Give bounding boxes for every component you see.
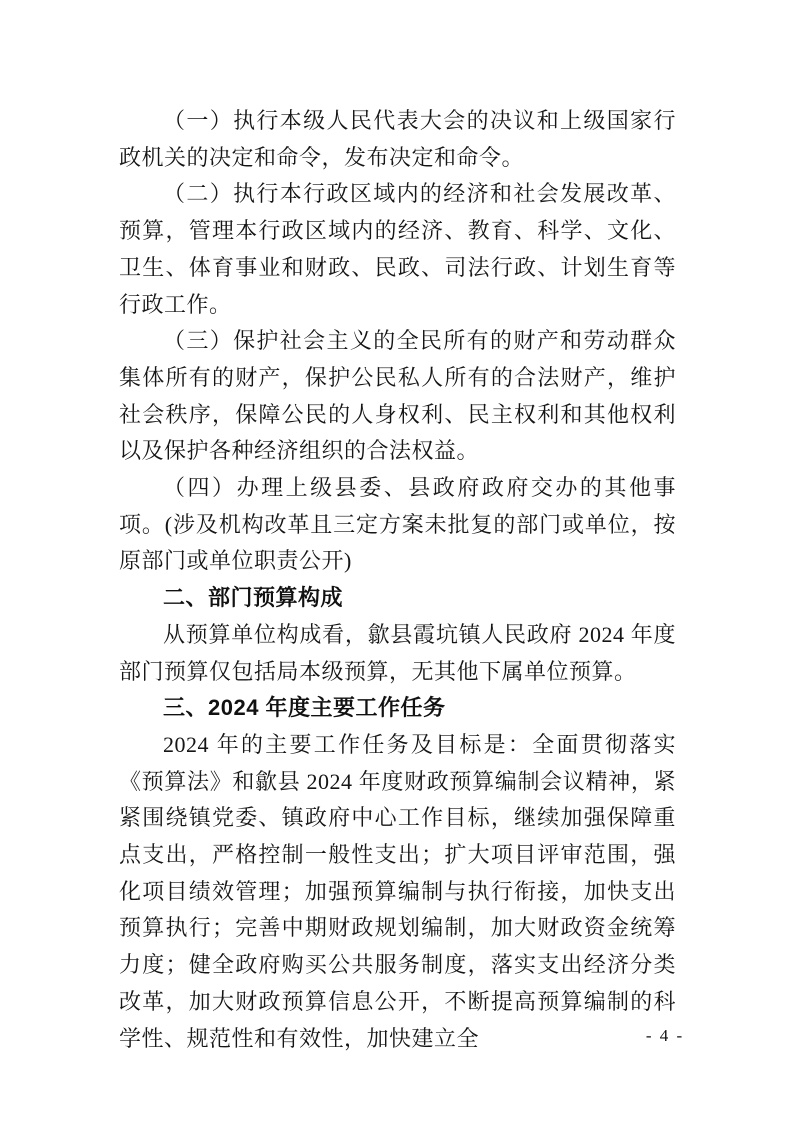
paragraph-duty-1: （一）执行本级人民代表大会的决议和上级国家行政机关的决定和命令，发布决定和命令。 — [119, 103, 676, 176]
paragraph-duty-2: （二）执行本行政区域内的经济和社会发展改革、预算，管理本行政区域内的经济、教育、… — [119, 176, 676, 323]
paragraph-duty-4: （四）办理上级县委、县政府政府交办的其他事项。(涉及机构改革且三定方案未批复的部… — [119, 470, 676, 580]
paragraph-duty-3: （三）保护社会主义的全民所有的财产和劳动群众集体所有的财产，保护公民私人所有的合… — [119, 323, 676, 470]
document-body: （一）执行本级人民代表大会的决议和上级国家行政机关的决定和命令，发布决定和命令。… — [119, 103, 676, 1057]
section-heading-budget-composition: 二、部门预算构成 — [119, 580, 676, 617]
paragraph-budget-composition: 从预算单位构成看，歙县霞坑镇人民政府 2024 年度部门预算仅包括局本级预算，无… — [119, 617, 676, 690]
page-number: - 4 - — [630, 1026, 700, 1046]
section-heading-2024-main-tasks: 三、2024 年度主要工作任务 — [119, 690, 676, 727]
document-page: （一）执行本级人民代表大会的决议和上级国家行政机关的决定和命令，发布决定和命令。… — [0, 0, 793, 1122]
paragraph-2024-main-tasks: 2024 年的主要工作任务及目标是：全面贯彻落实《预算法》和歙县 2024 年度… — [119, 727, 676, 1057]
